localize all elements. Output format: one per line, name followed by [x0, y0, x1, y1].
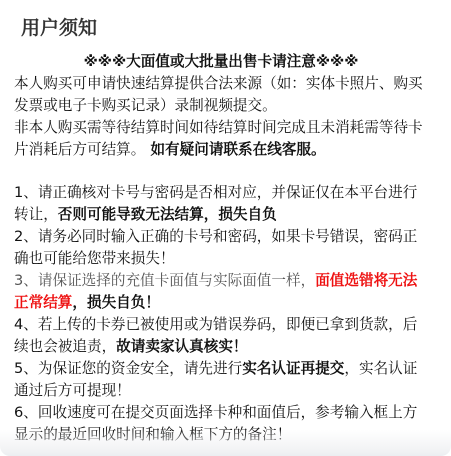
page-title: 用户须知 — [21, 15, 97, 41]
rule-emphasis: 故请卖家认真核实！ — [116, 338, 247, 355]
user-notice-panel: 用户须知 ※※※大面值或大批量出售卡请注意※※※ 本人购买可申请快速结算提供合法… — [0, 0, 451, 456]
rule-number: 6、 — [14, 404, 38, 421]
notice-content: ※※※大面值或大批量出售卡请注意※※※ 本人购买可申请快速结算提供合法来源（如：… — [14, 51, 424, 446]
rule-text: 请保证选择的充值卡面值与实际面值一样， — [38, 272, 315, 289]
rule-emphasis: 否则可能导致无法结算，损失自负 — [58, 206, 277, 223]
notice-paragraph-other-purchase: 非本人购买需等待结算时间如待结算时间完成且未消耗需等待卡片消耗后方可结算。 如有… — [14, 117, 424, 161]
rule-item-2: 2、请务必同时输入正确的卡号和密码，如果卡号错误，密码正确也可能给您带来损失！ — [14, 226, 424, 270]
rule-number: 3、 — [14, 272, 38, 289]
panel-bottom-edge — [0, 430, 451, 456]
rule-text-before: 为保证您的资金安全，请先进行 — [38, 360, 242, 377]
rule-item-4: 4、若上传的卡券已被使用或为错误券码，即便已拿到货款，后续也会被追责，故请卖家认… — [14, 314, 424, 358]
rule-item-1: 1、请正确核对卡号与密码是否相对应，并保证仅在本平台进行转让，否则可能导致无法结… — [14, 182, 424, 226]
warning-heading: ※※※大面值或大批量出售卡请注意※※※ — [14, 51, 424, 73]
rule-number: 2、 — [14, 228, 38, 245]
rule-emphasis: 实名认证再提交 — [242, 360, 344, 377]
section-spacer — [14, 161, 424, 182]
rule-emphasis: ，损失自负！ — [72, 294, 160, 311]
rule-number: 1、 — [14, 184, 38, 201]
contact-support-text: 如有疑问请联系在线客服。 — [145, 141, 325, 158]
rule-text: 请务必同时输入正确的卡号和密码，如果卡号错误，密码正确也可能给您带来损失！ — [14, 228, 417, 267]
rule-item-5: 5、为保证您的资金安全，请先进行实名认证再提交，实名认证通过后方可提现！ — [14, 358, 424, 402]
rule-number: 4、 — [14, 316, 38, 333]
notice-paragraph-own-purchase: 本人购买可申请快速结算提供合法来源（如：实体卡照片、购买发票或电子卡购买记录）录… — [14, 73, 424, 117]
rule-item-3: 3、请保证选择的充值卡面值与实际面值一样，面值选错将无法正常结算，损失自负！ — [14, 270, 424, 314]
rule-number: 5、 — [14, 360, 38, 377]
